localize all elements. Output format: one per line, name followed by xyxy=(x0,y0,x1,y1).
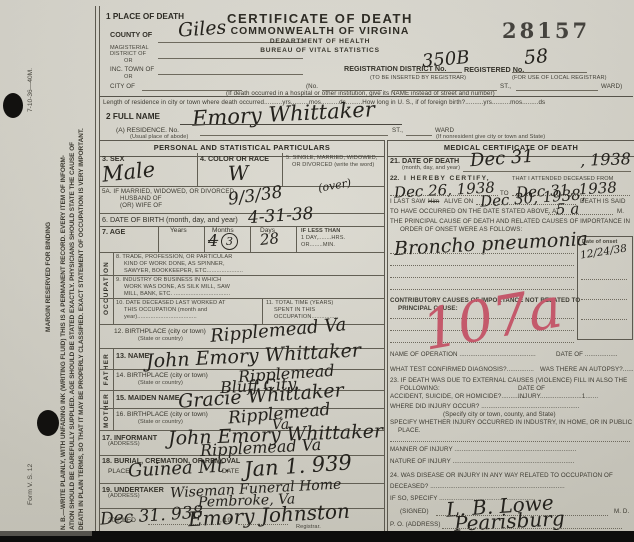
hour-value: 5 a xyxy=(556,202,580,218)
age-years-label: Years xyxy=(170,227,187,234)
principal-cause-label-1: THE PRINCIPAL CAUSE OF DEATH AND RELATED… xyxy=(390,218,630,225)
accident-label: ACCIDENT, SUICIDE, OR HOMICIDE?.........… xyxy=(390,393,525,400)
f13-label: 13. NAME xyxy=(116,351,149,360)
f5a-label-1: 5A. IF MARRIED, WIDOWED, OR DIVORCED xyxy=(102,188,234,195)
f12-sub-label: (State or country) xyxy=(138,336,183,342)
f14-sub-label: (State or country) xyxy=(138,380,183,386)
registrar-note: (TO BE INSERTED BY REGISTRAR) xyxy=(370,75,466,81)
margin-form-code: Form V. S. 12 xyxy=(27,441,34,505)
last-saw-label-3: DEATH IS SAID xyxy=(580,198,626,205)
sex-value: Male xyxy=(101,159,156,185)
f20-registrar-value: Emory Johnston xyxy=(188,501,351,529)
f19-sub-label: (ADDRESS) xyxy=(108,493,140,499)
date-of-onset-box: Date of onset 12/24/38 xyxy=(577,236,633,340)
last-saw-label-2: ALIVE ON xyxy=(444,198,473,205)
f14-label: 14. BIRTHPLACE (city or town) xyxy=(116,372,208,379)
md-label: M. D. xyxy=(614,508,629,515)
manner-of-injury-label: MANNER OF INJURY .......................… xyxy=(390,446,576,453)
f11-line-1: 11. TOTAL TIME (YEARS) xyxy=(266,300,333,306)
burial-place-value: Guinea Mt. xyxy=(128,457,231,480)
place-of-death-label: 1 PLACE OF DEATH xyxy=(106,12,184,21)
f5a-label-3: (OR) WIFE OF xyxy=(120,202,162,209)
f21-sub-label: (month, day, and year) xyxy=(402,165,460,171)
last-saw-label-1: I LAST SAW xyxy=(390,198,425,205)
dob-label: 6. DATE OF BIRTH (month, day, and year) xyxy=(102,215,238,224)
department-line: DEPARTMENT OF HEALTH xyxy=(200,38,440,45)
st-label: ST., xyxy=(500,83,511,90)
dob-value: 4-31-38 xyxy=(247,206,314,228)
city-label: CITY OF xyxy=(110,83,135,90)
f9-line-2: WORK WAS DONE, AS SILK MILL, SAW xyxy=(124,284,230,290)
f16-label: 16. BIRTHPLACE (city or town) xyxy=(116,411,208,418)
film-edge-band xyxy=(0,531,634,542)
punch-hole-top xyxy=(3,93,23,118)
f10-line-3: year)...................................… xyxy=(124,314,197,320)
marital-label-2: OR DIVORCED (write the word) xyxy=(292,162,374,168)
f23-label-1: 23. IF DEATH WAS DUE TO EXTERNAL CAUSES … xyxy=(390,377,627,384)
commonwealth-subtitle: COMMONWEALTH OF VIRGINA xyxy=(200,26,440,37)
cause-code-value: 107a xyxy=(418,280,566,360)
f24-label-2: DECEASED? ..............................… xyxy=(390,483,565,490)
test-label: WHAT TEST CONFIRMED DIAGNOSIS?..........… xyxy=(390,366,534,373)
f21-year-value: , 1938 xyxy=(580,151,631,169)
residence-label: (A) RESIDENCE. No. xyxy=(116,127,179,134)
f5a-label-2: HUSBAND OF xyxy=(120,195,162,202)
county-label: COUNTY OF xyxy=(110,30,152,39)
burial-place-label: PLACE xyxy=(108,468,130,475)
burial-date-label: DATE xyxy=(222,468,239,475)
row-filed: 20 FILED , 19 Registrar. Dec 31. 938 Emo… xyxy=(100,508,384,531)
f17-sub-label: (ADDRESS) xyxy=(108,441,140,447)
margin-print-code: 7-10-36—40M. xyxy=(27,34,34,112)
registered-no-value: 58 xyxy=(523,47,549,68)
age-label: 7. AGE xyxy=(102,227,125,236)
inc-town-label: INC. TOWN OF xyxy=(110,66,154,73)
row-age: 7. AGE Years Months Days IF LESS THAN 1 … xyxy=(100,226,384,253)
local-registrar-note: (FOR USE OF LOCAL REGISTRAR) xyxy=(512,75,607,81)
nb-line-1: N. B.—WRITE PLAINLY, WITH UNFADING INK (… xyxy=(60,155,67,530)
registration-district-value: 350B xyxy=(421,49,470,71)
color-race-value: W xyxy=(228,163,249,184)
margin-nb-note: N. B.—WRITE PLAINLY, WITH UNFADING INK (… xyxy=(59,13,86,530)
bureau-line: BUREAU OF VITAL STATISTICS xyxy=(200,47,440,54)
certificate-number-stamp: 28157 xyxy=(502,18,590,43)
f8-line-1: 8. TRADE, PROFESSION, OR PARTICULAR xyxy=(116,254,232,260)
f22-number: 22. xyxy=(390,175,399,182)
specify-city-note: (Specify city or town, county, and State… xyxy=(443,411,556,418)
po-address-label: P. O. (ADDRESS) xyxy=(390,521,441,528)
operation-date-label: DATE OF .................. xyxy=(556,351,618,358)
f5a-value: 9/3/38 xyxy=(227,184,284,208)
f24-label-1: 24. WAS DISEASE OR INJURY IN ANY WAY REL… xyxy=(390,472,613,479)
m-label: M. xyxy=(617,208,624,215)
row-burial: 18. BURIAL, CREMATION, OR REMOVAL PLACE … xyxy=(100,455,384,484)
personal-particulars-column: PERSONAL AND STATISTICAL PARTICULARS 3. … xyxy=(100,140,384,531)
cause-of-death-value: Broncho pneumonia xyxy=(394,230,589,259)
residence-st-label: ST., xyxy=(392,127,403,134)
date-of-injury-label: DATE OF xyxy=(518,385,545,392)
signed-label: (SIGNED) xyxy=(400,508,429,515)
magisterial-label-2: DISTRICT OF xyxy=(110,51,146,57)
nb-line-3: DEATH IN PLAIN TERMS, SO THAT IT MAY BE … xyxy=(78,128,85,530)
f8-line-2: KIND OF WORK DONE, AS SPINNER, xyxy=(124,261,225,267)
nb-line-2: ATION SHOULD BE CAREFULLY SUPPLIED. AGE … xyxy=(69,142,76,530)
certificate-title: CERTIFICATE OF DEATH xyxy=(200,11,440,26)
less-than-label-2: 1 DAY,........HRS. xyxy=(301,235,345,241)
f11-line-2: SPENT IN THIS xyxy=(274,307,315,313)
injury-label: INJURY.......................1....... xyxy=(518,393,598,400)
residence-ward-label: WARD xyxy=(435,127,454,134)
f10-line-1: 10. DATE DECEASED LAST WORKED AT xyxy=(116,300,226,306)
row-trade: 8. TRADE, PROFESSION, OR PARTICULAR KIND… xyxy=(100,252,384,276)
or-label-2: OR xyxy=(124,74,133,80)
f23-label-2: FOLLOWING: xyxy=(400,385,440,392)
specify-label-2: PLACE. xyxy=(398,427,421,434)
no-label: (No. xyxy=(306,83,318,90)
less-than-label-3: OR........MIN. xyxy=(301,242,335,248)
row-5a-spouse: 5A. IF MARRIED, WIDOWED, OR DIVORCED HUS… xyxy=(100,186,384,214)
ward-label: WARD) xyxy=(601,83,622,90)
age-months-value: 3 xyxy=(221,233,238,250)
margin-binding-note: MARGIN RESERVED FOR BINDING xyxy=(45,180,52,332)
medical-certificate-column: MEDICAL CERTIFICATE OF DEATH 21. DATE OF… xyxy=(388,140,634,531)
marital-label-1: 5. SINGLE, MARRIED, WIDOWED, xyxy=(286,155,377,161)
f21-label: 21. DATE OF DEATH xyxy=(390,156,459,165)
f9-line-3: MILL, BANK, ETC. .......................… xyxy=(124,291,230,297)
f16-sub-label: (State or country) xyxy=(138,419,183,425)
or-label-1: OR xyxy=(124,58,133,64)
f12-label: 12. BIRTHPLACE (city or town) xyxy=(114,328,206,335)
f9-line-1: 9. INDUSTRY OR BUSINESS IN WHICH xyxy=(116,277,221,283)
age-days-value: 28 xyxy=(259,231,280,248)
operation-label: NAME OF OPERATION ......................… xyxy=(390,351,536,358)
nature-of-injury-label: NATURE OF INJURY .......................… xyxy=(390,458,574,465)
autopsy-label: WAS THERE AN AUTOPSY?....... xyxy=(540,366,634,373)
last-saw-him: Him xyxy=(428,198,439,205)
row-date-of-birth: 6. DATE OF BIRTH (month, day, and year) … xyxy=(100,213,384,227)
row-industry: 9. INDUSTRY OR BUSINESS IN WHICH WORK WA… xyxy=(100,275,384,299)
occurred-label: TO HAVE OCCURRED ON THE DATE STATED ABOV… xyxy=(390,208,560,215)
where-injury-label: WHERE DID INJURY OCCUR? ................… xyxy=(390,403,579,410)
certificate-form: 1 PLACE OF DEATH COUNTY OF Giles MAGISTE… xyxy=(99,6,634,532)
less-than-label-1: IF LESS THAN xyxy=(301,228,340,234)
f10-line-2: THIS OCCUPATION (month and xyxy=(124,307,207,313)
f8-line-3: SAWYER, BOOKKEEPER, ETC.................… xyxy=(124,268,243,274)
specify-label-1: SPECIFY WHETHER INJURY OCCURRED IN INDUS… xyxy=(390,419,632,426)
full-name-label: 2 FULL NAME xyxy=(106,112,160,121)
age-months-struck: 4 xyxy=(208,233,219,249)
f15-label: 15. MAIDEN NAME xyxy=(116,393,180,402)
death-certificate-scan: 7-10-36—40M. Form V. S. 12 MARGIN RESERV… xyxy=(0,0,634,542)
f21-value: Dec 31 xyxy=(469,148,534,170)
punch-hole-bottom xyxy=(37,410,59,436)
